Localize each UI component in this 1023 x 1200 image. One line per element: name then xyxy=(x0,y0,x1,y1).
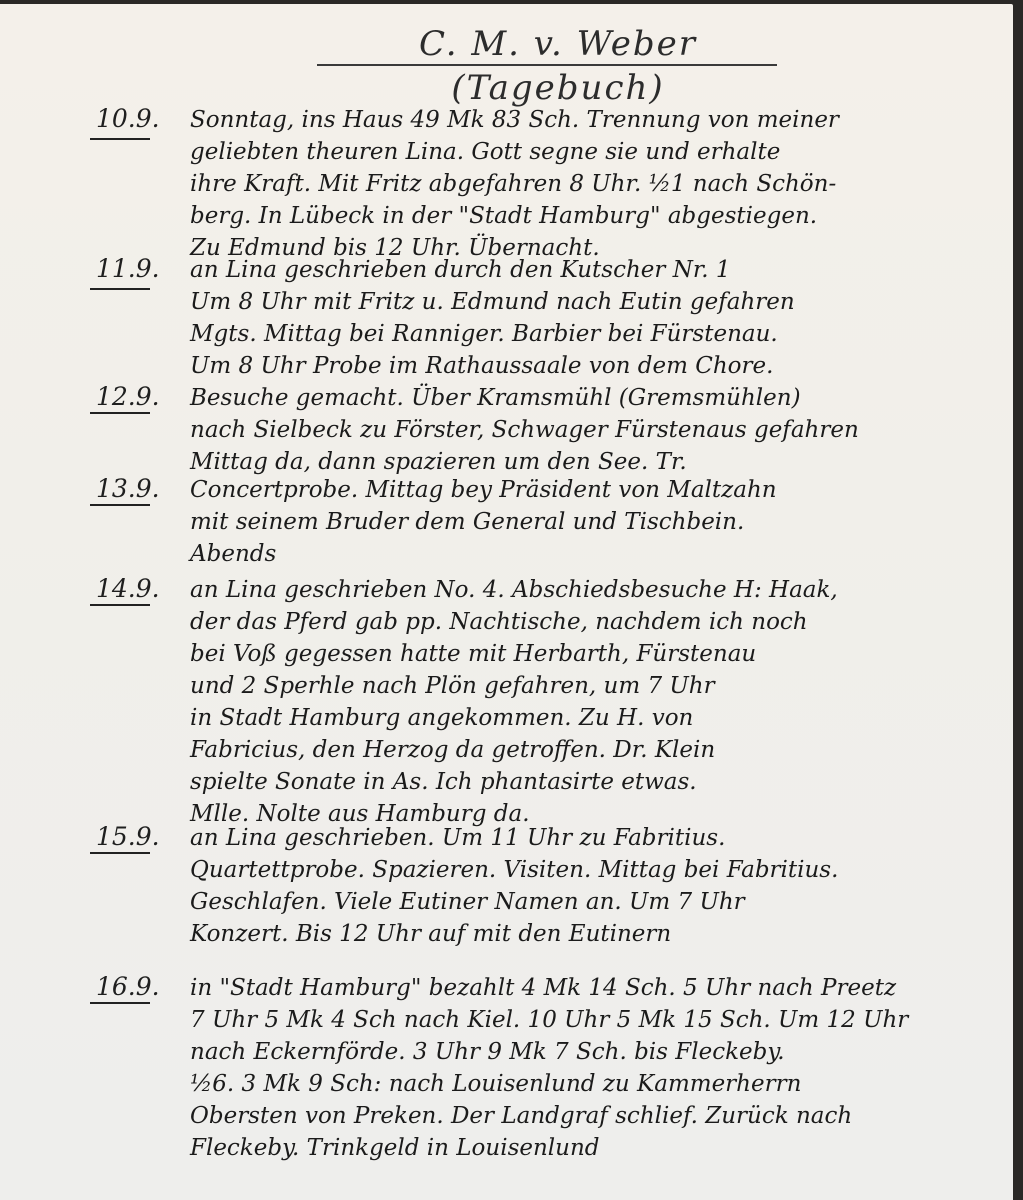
title-underline xyxy=(317,64,777,66)
diary-page: C. M. v. Weber (Tagebuch) 10.9. Sonntag,… xyxy=(0,4,1013,1200)
text-line: an Lina geschrieben No. 4. Abschiedsbesu… xyxy=(190,574,990,606)
text-line: Um 8 Uhr mit Fritz u. Edmund nach Eutin … xyxy=(190,286,990,318)
text-line: Fleckeby. Trinkgeld in Louisenlund xyxy=(190,1132,990,1164)
text-line: ihre Kraft. Mit Fritz abgefahren 8 Uhr. … xyxy=(190,168,990,200)
text-line: nach Sielbeck zu Förster, Schwager Fürst… xyxy=(190,414,990,446)
entry-text: in "Stadt Hamburg" bezahlt 4 Mk 14 Sch. … xyxy=(190,972,990,1164)
text-line: und 2 Sperhle nach Plön gefahren, um 7 U… xyxy=(190,670,990,702)
entry-text: an Lina geschrieben No. 4. Abschiedsbesu… xyxy=(190,574,990,830)
date-underline xyxy=(90,604,150,606)
date-underline xyxy=(90,1002,150,1004)
text-line: Um 8 Uhr Probe im Rathaussaale von dem C… xyxy=(190,350,990,382)
date-underline xyxy=(90,412,150,414)
text-line: 7 Uhr 5 Mk 4 Sch nach Kiel. 10 Uhr 5 Mk … xyxy=(190,1004,990,1036)
entry-text: Concertprobe. Mittag bey Präsident von M… xyxy=(190,474,990,570)
text-line: berg. In Lübeck in der "Stadt Hamburg" a… xyxy=(190,200,990,232)
text-line: an Lina geschrieben durch den Kutscher N… xyxy=(190,254,990,286)
text-line: Fabricius, den Herzog da getroffen. Dr. … xyxy=(190,734,990,766)
entry-date: 14.9. xyxy=(96,574,176,604)
text-line: in Stadt Hamburg angekommen. Zu H. von xyxy=(190,702,990,734)
text-line: ½6. 3 Mk 9 Sch: nach Louisenlund zu Kamm… xyxy=(190,1068,990,1100)
text-line: geliebten theuren Lina. Gott segne sie u… xyxy=(190,136,990,168)
text-line: Concertprobe. Mittag bey Präsident von M… xyxy=(190,474,990,506)
text-line: an Lina geschrieben. Um 11 Uhr zu Fabrit… xyxy=(190,822,990,854)
page-title: C. M. v. Weber (Tagebuch) xyxy=(318,22,798,110)
date-underline xyxy=(90,852,150,854)
text-line: der das Pferd gab pp. Nachtische, nachde… xyxy=(190,606,990,638)
text-line: Besuche gemacht. Über Kramsmühl (Gremsmü… xyxy=(190,382,990,414)
text-line: Geschlafen. Viele Eutiner Namen an. Um 7… xyxy=(190,886,990,918)
entry-text: an Lina geschrieben durch den Kutscher N… xyxy=(190,254,990,382)
entry-date: 13.9. xyxy=(96,474,176,504)
text-line: spielte Sonate in As. Ich phantasirte et… xyxy=(190,766,990,798)
text-line: Obersten von Preken. Der Landgraf schlie… xyxy=(190,1100,990,1132)
entry-date: 12.9. xyxy=(96,382,176,412)
entry-date: 16.9. xyxy=(96,972,176,1002)
text-line: Quartettprobe. Spazieren. Visiten. Mitta… xyxy=(190,854,990,886)
text-line: nach Eckernförde. 3 Uhr 9 Mk 7 Sch. bis … xyxy=(190,1036,990,1068)
date-underline xyxy=(90,138,150,140)
entry-date: 10.9. xyxy=(96,104,176,134)
text-line: bei Voß gegessen hatte mit Herbarth, Für… xyxy=(190,638,990,670)
entry-date: 15.9. xyxy=(96,822,176,852)
text-line: mit seinem Bruder dem General und Tischb… xyxy=(190,506,990,538)
text-line: Abends xyxy=(190,538,990,570)
entry-text: Sonntag, ins Haus 49 Mk 83 Sch. Trennung… xyxy=(190,104,990,264)
date-underline xyxy=(90,288,150,290)
date-underline xyxy=(90,504,150,506)
text-line: Konzert. Bis 12 Uhr auf mit den Eutinern xyxy=(190,918,990,950)
text-line: Sonntag, ins Haus 49 Mk 83 Sch. Trennung… xyxy=(190,104,990,136)
entry-text: Besuche gemacht. Über Kramsmühl (Gremsmü… xyxy=(190,382,990,478)
entry-date: 11.9. xyxy=(96,254,176,284)
text-line: Mgts. Mittag bei Ranniger. Barbier bei F… xyxy=(190,318,990,350)
text-line: in "Stadt Hamburg" bezahlt 4 Mk 14 Sch. … xyxy=(190,972,990,1004)
entry-text: an Lina geschrieben. Um 11 Uhr zu Fabrit… xyxy=(190,822,990,950)
